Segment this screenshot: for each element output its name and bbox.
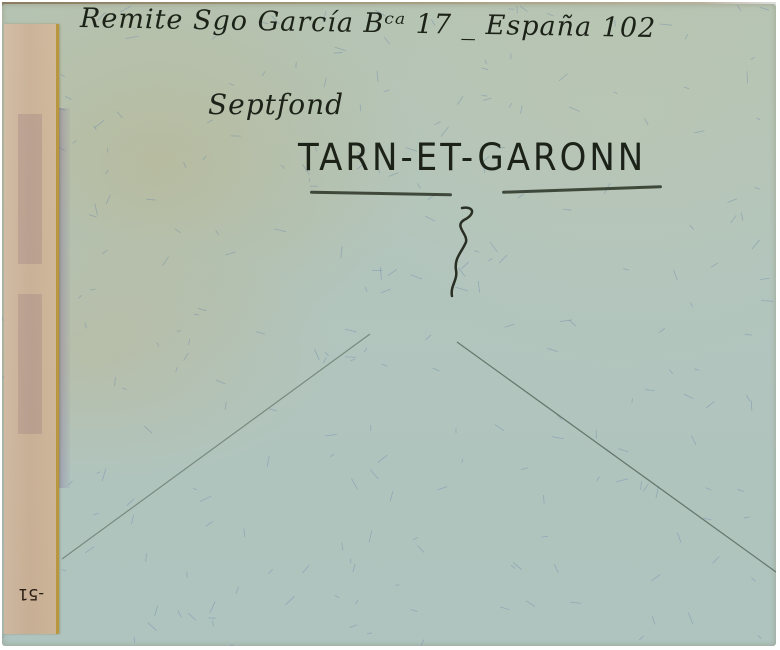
squiggle-mark bbox=[440, 200, 480, 300]
censor-resealing-strip bbox=[4, 24, 59, 634]
sender-department: TARN-ET-GARONN bbox=[298, 136, 646, 180]
censor-strip-print bbox=[18, 114, 42, 264]
censor-strip-print bbox=[18, 294, 42, 434]
envelope-back bbox=[2, 4, 776, 646]
censor-stamp-bleed bbox=[58, 108, 70, 488]
envelope-flap-fold-lines bbox=[2, 4, 776, 646]
sender-town: Septfond bbox=[208, 88, 344, 121]
censor-strip-number: -51 bbox=[18, 585, 44, 604]
